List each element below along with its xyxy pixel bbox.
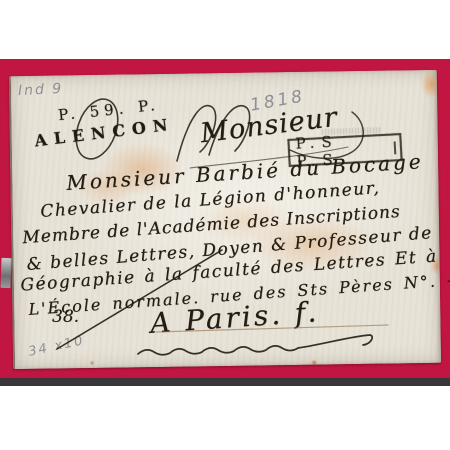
mount-clip	[0, 258, 11, 288]
letter-photo-page: { "photo": { "colors": { "mat_crimson": …	[0, 0, 450, 450]
address-line-number: 38.	[52, 307, 79, 327]
pencil-note-index: Ind 9	[18, 81, 64, 99]
photo-bottom-shadow	[0, 378, 450, 386]
